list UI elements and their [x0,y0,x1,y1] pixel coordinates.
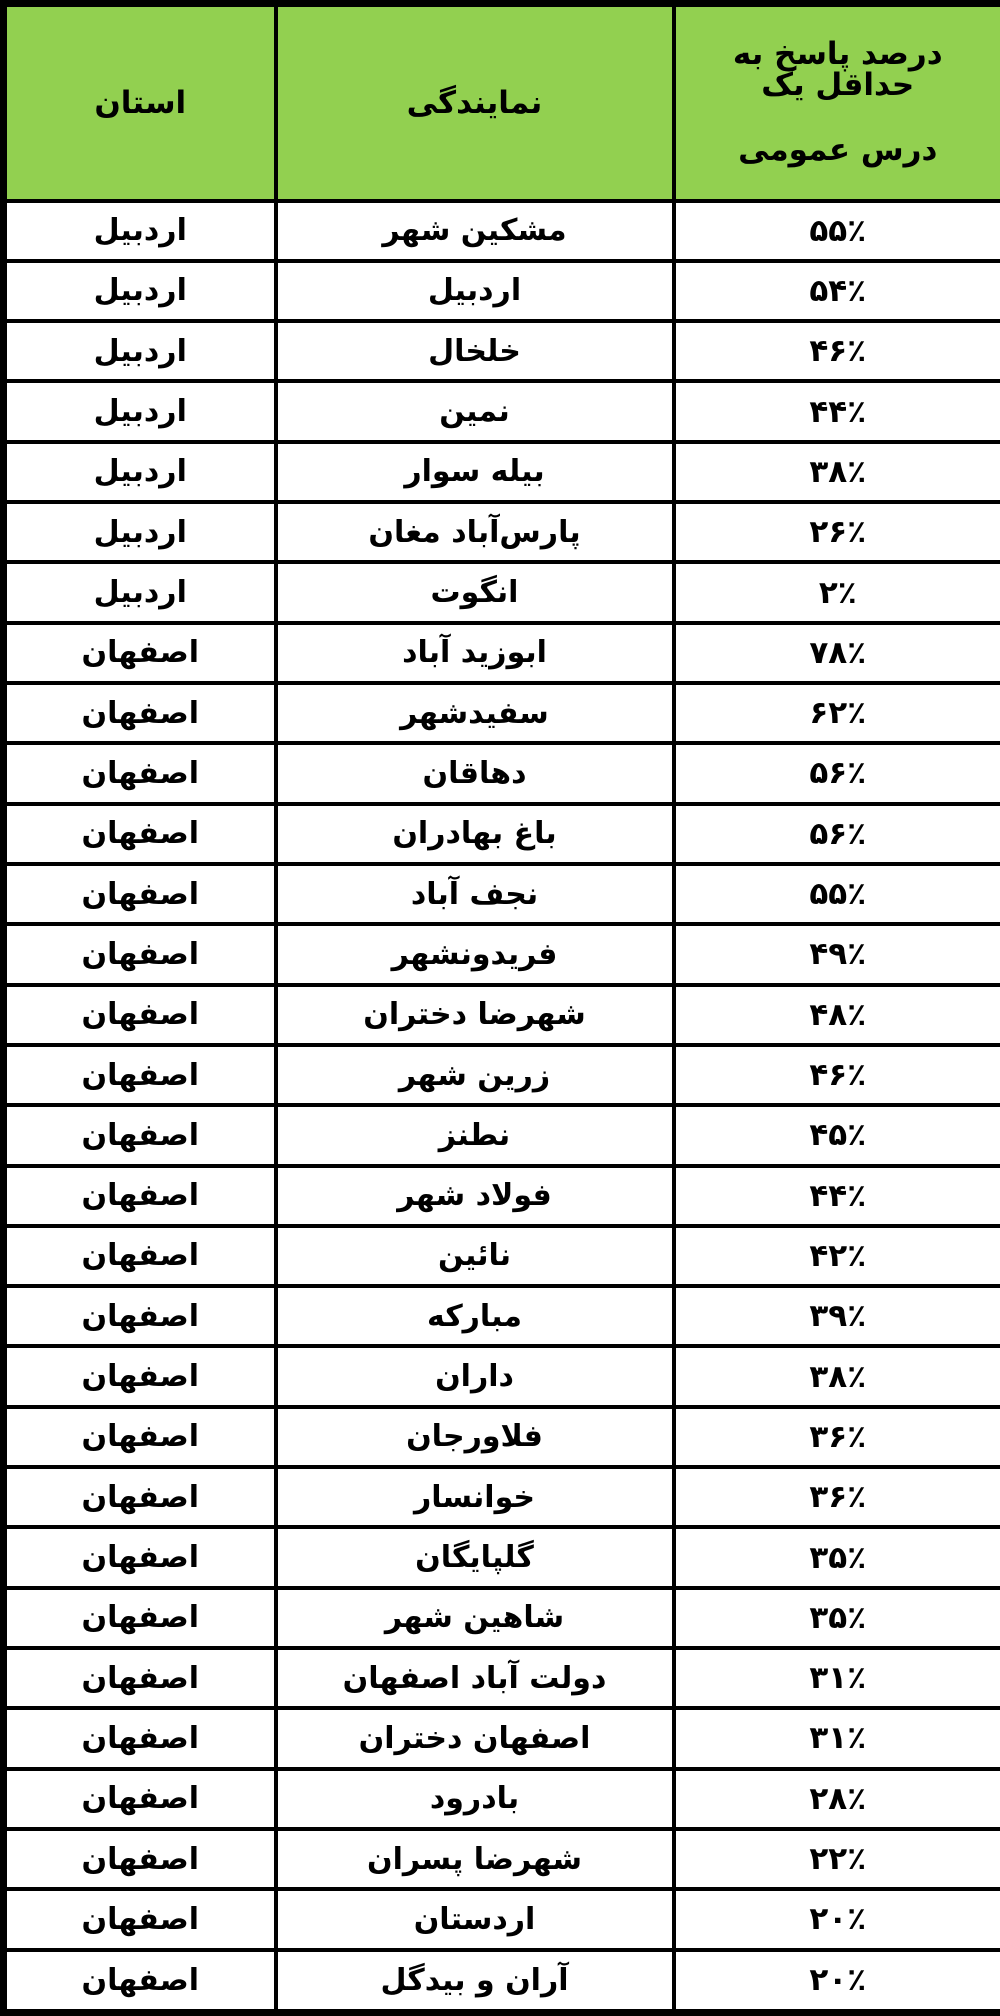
branch-cell: نائین [269,1226,667,1286]
percent-cell: ۳۵٪ [667,1527,997,1587]
province-cell: اردبیل [0,261,269,321]
branch-cell: باغ بهادران [269,804,667,864]
province-cell: اصفهان [0,864,269,924]
province-cell: اردبیل [0,502,269,562]
province-cell: اردبیل [0,442,269,502]
percent-cell: ۲٪ [667,562,997,622]
province-cell: اصفهان [0,1950,269,2013]
table-body: ۵۵٪ مشکین شهر اردبیل ۵۴٪ اردبیل اردبیل ۴… [0,201,997,2013]
percent-cell: ۴۸٪ [667,985,997,1045]
table-row: ۳۵٪ شاهین شهر اصفهان [0,1588,997,1648]
header-row: درصد پاسخ به حداقل یک درس عمومی نمایندگی… [0,4,997,201]
percent-cell: ۴۲٪ [667,1226,997,1286]
branch-cell: مشکین شهر [269,201,667,261]
branch-cell: شهرضا پسران [269,1829,667,1889]
branch-cell: گلپایگان [269,1527,667,1587]
table-row: ۴۶٪ زرین شهر اصفهان [0,1045,997,1105]
percent-cell: ۴۵٪ [667,1105,997,1165]
percent-cell: ۶۲٪ [667,683,997,743]
percent-cell: ۳۱٪ [667,1648,997,1708]
branch-cell: اصفهان دختران [269,1708,667,1768]
percent-cell: ۵۶٪ [667,804,997,864]
table-row: ۲٪ انگوت اردبیل [0,562,997,622]
percent-cell: ۵۵٪ [667,201,997,261]
percent-cell: ۵۴٪ [667,261,997,321]
province-cell: اردبیل [0,201,269,261]
province-cell: اصفهان [0,1346,269,1406]
table-row: ۶۲٪ سفیدشهر اصفهان [0,683,997,743]
percent-cell: ۳۶٪ [667,1407,997,1467]
table-row: ۵۵٪ نجف آباد اصفهان [0,864,997,924]
branch-cell: شاهین شهر [269,1588,667,1648]
branch-cell: شهرضا دختران [269,985,667,1045]
percent-cell: ۲۸٪ [667,1769,997,1829]
percent-cell: ۲۰٪ [667,1950,997,2013]
header-cell-branch: نمایندگی [269,4,667,201]
table-row: ۳۸٪ داران اصفهان [0,1346,997,1406]
province-cell: اصفهان [0,1889,269,1949]
province-cell: اصفهان [0,1286,269,1346]
percent-cell: ۵۶٪ [667,743,997,803]
header-percent-line1: درصد پاسخ به حداقل یک [675,39,988,101]
branch-cell: خوانسار [269,1467,667,1527]
province-cell: اصفهان [0,1708,269,1768]
province-cell: اردبیل [0,321,269,381]
percent-cell: ۷۸٪ [667,623,997,683]
branch-cell: دولت آباد اصفهان [269,1648,667,1708]
percent-cell: ۴۴٪ [667,381,997,441]
percent-cell: ۵۵٪ [667,864,997,924]
branch-cell: مبارکه [269,1286,667,1346]
header-cell-percent: درصد پاسخ به حداقل یک درس عمومی [667,4,997,201]
branch-cell: فولاد شهر [269,1166,667,1226]
percent-cell: ۳۶٪ [667,1467,997,1527]
table-row: ۲۰٪ آران و بیدگل اصفهان [0,1950,997,2013]
province-cell: اردبیل [0,562,269,622]
province-cell: اصفهان [0,1045,269,1105]
province-cell: اصفهان [0,743,269,803]
table-row: ۵۶٪ دهاقان اصفهان [0,743,997,803]
province-cell: اردبیل [0,381,269,441]
branch-cell: خلخال [269,321,667,381]
table-row: ۲۶٪ پارس‌آباد مغان اردبیل [0,502,997,562]
branch-cell: نمین [269,381,667,441]
header-cell-province: استان [0,4,269,201]
table-header: درصد پاسخ به حداقل یک درس عمومی نمایندگی… [0,4,997,201]
percent-cell: ۴۹٪ [667,924,997,984]
province-cell: اصفهان [0,1226,269,1286]
percent-cell: ۲۶٪ [667,502,997,562]
branch-cell: دهاقان [269,743,667,803]
table-row: ۳۶٪ خوانسار اصفهان [0,1467,997,1527]
table-row: ۳۶٪ فلاورجان اصفهان [0,1407,997,1467]
branch-cell: بادرود [269,1769,667,1829]
branch-cell: آران و بیدگل [269,1950,667,2013]
table-row: ۴۶٪ خلخال اردبیل [0,321,997,381]
table-row: ۵۵٪ مشکین شهر اردبیل [0,201,997,261]
province-cell: اصفهان [0,1527,269,1587]
table-row: ۳۱٪ اصفهان دختران اصفهان [0,1708,997,1768]
table-row: ۳۹٪ مبارکه اصفهان [0,1286,997,1346]
province-cell: اصفهان [0,623,269,683]
branch-cell: اردستان [269,1889,667,1949]
branch-cell: فلاورجان [269,1407,667,1467]
table-row: ۴۴٪ نمین اردبیل [0,381,997,441]
branch-cell: نجف آباد [269,864,667,924]
branch-cell: زرین شهر [269,1045,667,1105]
percent-cell: ۳۱٪ [667,1708,997,1768]
table-row: ۲۸٪ بادرود اصفهان [0,1769,997,1829]
table-row: ۲۰٪ اردستان اصفهان [0,1889,997,1949]
percent-cell: ۴۶٪ [667,1045,997,1105]
province-cell: اصفهان [0,1769,269,1829]
percent-cell: ۳۸٪ [667,1346,997,1406]
province-cell: اصفهان [0,1467,269,1527]
province-cell: اصفهان [0,1829,269,1889]
branch-cell: ابوزید آباد [269,623,667,683]
province-cell: اصفهان [0,1648,269,1708]
table-row: ۴۸٪ شهرضا دختران اصفهان [0,985,997,1045]
province-cell: اصفهان [0,804,269,864]
table-row: ۴۴٪ فولاد شهر اصفهان [0,1166,997,1226]
table-row: ۴۹٪ فریدونشهر اصفهان [0,924,997,984]
results-table: درصد پاسخ به حداقل یک درس عمومی نمایندگی… [0,0,1000,2016]
province-cell: اصفهان [0,1166,269,1226]
header-percent-line2: درس عمومی [675,135,988,166]
table-row: ۴۵٪ نطنز اصفهان [0,1105,997,1165]
percent-cell: ۳۹٪ [667,1286,997,1346]
page: درصد پاسخ به حداقل یک درس عمومی نمایندگی… [0,0,1000,2016]
province-cell: اصفهان [0,683,269,743]
table-row: ۴۲٪ نائین اصفهان [0,1226,997,1286]
percent-cell: ۳۸٪ [667,442,997,502]
province-cell: اصفهان [0,1588,269,1648]
branch-cell: فریدونشهر [269,924,667,984]
table-row: ۳۱٪ دولت آباد اصفهان اصفهان [0,1648,997,1708]
province-cell: اصفهان [0,924,269,984]
table-row: ۷۸٪ ابوزید آباد اصفهان [0,623,997,683]
branch-cell: پارس‌آباد مغان [269,502,667,562]
province-cell: اصفهان [0,985,269,1045]
table-row: ۲۲٪ شهرضا پسران اصفهان [0,1829,997,1889]
branch-cell: سفیدشهر [269,683,667,743]
branch-cell: داران [269,1346,667,1406]
table-row: ۵۴٪ اردبیل اردبیل [0,261,997,321]
branch-cell: اردبیل [269,261,667,321]
province-cell: اصفهان [0,1407,269,1467]
percent-cell: ۲۲٪ [667,1829,997,1889]
branch-cell: نطنز [269,1105,667,1165]
percent-cell: ۴۴٪ [667,1166,997,1226]
branch-cell: انگوت [269,562,667,622]
table-row: ۳۸٪ بیله سوار اردبیل [0,442,997,502]
percent-cell: ۲۰٪ [667,1889,997,1949]
table-row: ۳۵٪ گلپایگان اصفهان [0,1527,997,1587]
percent-cell: ۴۶٪ [667,321,997,381]
province-cell: اصفهان [0,1105,269,1165]
percent-cell: ۳۵٪ [667,1588,997,1648]
branch-cell: بیله سوار [269,442,667,502]
table-row: ۵۶٪ باغ بهادران اصفهان [0,804,997,864]
